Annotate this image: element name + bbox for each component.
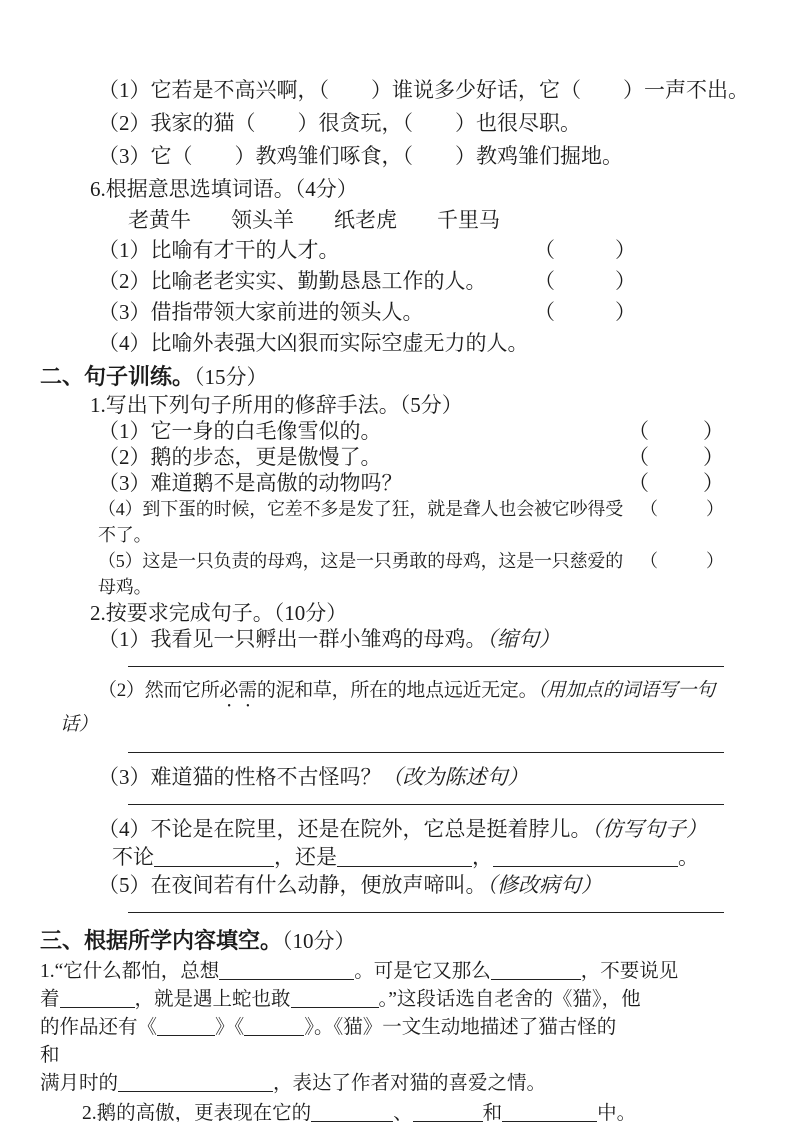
word-bank-word: 千里马: [437, 206, 500, 235]
instruction-hint: （用加点的词语写一句: [537, 680, 715, 701]
blank-underline: [118, 1073, 273, 1092]
fill-q1-line4: 和: [40, 1042, 767, 1070]
sentence-q1-text: （1）我看见一只孵出一群小雏鸡的母鸡。: [98, 627, 487, 651]
answer-bracket: （ ）: [534, 297, 642, 328]
fill-text: ，就是遇上蛇也敢: [135, 989, 291, 1010]
blank-underline: [337, 848, 472, 867]
fill-text: 和: [40, 1045, 60, 1066]
blank-underline: [154, 848, 274, 867]
fill-text: 。”这段话选自老舍的《猫》，他: [379, 989, 641, 1010]
fill-text: 2.鹅的高傲，更表现在它的: [82, 1103, 311, 1122]
q6-item-text: （2）比喻老老实实、勤勤恳恳工作的人。: [98, 269, 487, 293]
rhetoric-item-2: （2）鹅的步态，更是傲慢了。 （ ）: [98, 444, 728, 470]
fill-text: 》。《猫》一文生动地描述了猫古怪的: [304, 1017, 616, 1038]
rhetoric-item-text: （4）到下蛋的时候，它差不多是发了狂，就是聋人也会被它吵得受不了。: [98, 496, 640, 548]
answer-bracket: （ ）: [628, 444, 728, 470]
rhetoric-item-5: （5）这是一只负责的母鸡，这是一只勇敢的母鸡，这是一只慈爱的母鸡。 （ ）: [98, 548, 728, 600]
fill-q1-line2: 着，就是遇上蛇也敢。”这段话选自老舍的《猫》，他: [40, 986, 767, 1014]
blank-underline: [291, 989, 379, 1008]
q5-subitem-3: （3）它（ ）教鸡雏们啄食，（ ）教鸡雏们掘地。: [98, 140, 767, 173]
fill-text: ，不要说见: [581, 961, 679, 982]
answer-rule: [128, 898, 724, 913]
rhetoric-item-text: （2）鹅的步态，更是傲慢了。: [98, 444, 382, 470]
blank-underline: [491, 961, 581, 980]
rhetoric-item-text: （3）难道鹅不是高傲的动物吗？: [98, 470, 403, 496]
blank-underline: [244, 1017, 304, 1036]
fill-text: 着: [40, 989, 60, 1010]
blank-underline: [219, 961, 354, 980]
rhetoric-item-1: （1）它一身的白毛像雪似的。 （ ）: [98, 418, 728, 444]
sentence-q5: （5）在夜间若有什么动静，便放声啼叫。（修改病句）: [98, 872, 767, 898]
answer-bracket: （ ）: [628, 418, 728, 444]
instruction-hint: （缩句）: [487, 627, 561, 651]
q6-item-3: （3）借指带领大家前进的领头人。 （ ）: [98, 297, 767, 328]
q6-item-4: （4）比喻外表强大凶狠而实际空虚无力的人。: [98, 328, 767, 359]
blank-underline: [413, 1103, 483, 1122]
sentence-q4-fill-line: 不论，还是，。: [112, 842, 767, 872]
fill-q1-line3: 的作品还有《》《》。《猫》一文生动地描述了猫古怪的: [40, 1014, 767, 1042]
fill-text: 》《: [215, 1017, 244, 1038]
word-bank-word: 领头羊: [231, 206, 294, 235]
answer-rule: [128, 652, 724, 667]
q6-item-text: （3）借指带领大家前进的领头人。: [98, 300, 424, 324]
fill-text: ，表达了作者对猫的喜爱之情。: [273, 1073, 546, 1094]
sentence-q2-text: 的泥和草，所在的地点远近无定。: [257, 680, 538, 701]
q6-item-1: （1）比喻有才干的人才。 （ ）: [98, 235, 767, 266]
fill-q2-line: 2.鹅的高傲，更表现在它的、和中。: [82, 1098, 767, 1122]
blank-underline: [311, 1103, 393, 1122]
q6-header: 6.根据意思选填词语。（4分）: [90, 173, 767, 206]
fill-text: 、: [393, 1103, 413, 1122]
section3-title: 三、根据所学内容填空。: [40, 928, 282, 953]
rhetoric-item-text: （1）它一身的白毛像雪似的。: [98, 418, 382, 444]
sentence-q4-text: （4）不论是在院里，还是在院外，它总是挺着脖儿。: [98, 817, 592, 841]
worksheet-page: （1）它若是不高兴啊，（ ）谁说多少好话，它（ ）一声不出。 （2）我家的猫（ …: [0, 0, 793, 1122]
section2-title: 二、句子训练。: [40, 364, 194, 389]
fill-text: ，还是: [274, 845, 337, 869]
section2-heading: 二、句子训练。（15分）: [40, 362, 767, 392]
fill-text: 。可是它又那么: [354, 961, 491, 982]
fill-text: 1.“它什么都怕，总想: [40, 961, 219, 982]
fill-q1-line5: 满月时的，表达了作者对猫的喜爱之情。: [40, 1070, 767, 1098]
fill-text: 和: [483, 1103, 503, 1122]
fill-q1-line1: 1.“它什么都怕，总想。可是它又那么，不要说见: [40, 958, 767, 986]
q5-subitem-2: （2）我家的猫（ ）很贪玩，（ ）也很尽职。: [98, 107, 767, 140]
rhetoric-item-3: （3）难道鹅不是高傲的动物吗？ （ ）: [98, 470, 728, 496]
q6-item-text: （1）比喻有才干的人才。: [98, 238, 340, 262]
answer-rule: [128, 790, 724, 805]
instruction-hint: 话）: [60, 714, 97, 735]
section3-score: （10分）: [282, 929, 356, 953]
fill-text: 。: [678, 845, 699, 869]
fill-text: ，: [472, 845, 493, 869]
answer-bracket: （ ）: [628, 470, 728, 496]
sec2-ex1-header: 1.写出下列句子所用的修辞手法。（5分）: [90, 392, 767, 418]
answer-bracket: （ ）: [640, 496, 728, 548]
emphasized-word: 必需: [219, 680, 256, 701]
answer-bracket: （ ）: [534, 235, 642, 266]
sentence-q4: （4）不论是在院里，还是在院外，它总是挺着脖儿。（仿写句子）: [98, 816, 767, 842]
section3-heading: 三、根据所学内容填空。（10分）: [40, 924, 767, 958]
section2-score: （15分）: [194, 365, 268, 389]
sentence-q2-wrap: 话）: [60, 712, 767, 738]
sentence-q5-text: （5）在夜间若有什么动静，便放声啼叫。: [98, 873, 487, 897]
q5-subitem-1: （1）它若是不高兴啊，（ ）谁说多少好话，它（ ）一声不出。: [98, 74, 767, 107]
blank-underline: [60, 989, 135, 1008]
sentence-q3-text: （3）难道猫的性格不古怪吗？: [98, 765, 382, 789]
fill-text: 不论: [112, 845, 154, 869]
answer-rule: [128, 738, 724, 753]
rhetoric-item-4: （4）到下蛋的时候，它差不多是发了狂，就是聋人也会被它吵得受不了。 （ ）: [98, 496, 728, 548]
rhetoric-item-text: （5）这是一只负责的母鸡，这是一只勇敢的母鸡，这是一只慈爱的母鸡。: [98, 548, 640, 600]
fill-text: 中。: [597, 1103, 636, 1122]
sentence-q2-text: （2）然而它所: [98, 680, 219, 701]
instruction-hint: （修改病句）: [487, 873, 603, 897]
word-bank-word: 老黄牛: [128, 206, 191, 235]
blank-underline: [502, 1103, 597, 1122]
word-bank: 老黄牛 领头羊 纸老虎 千里马: [128, 206, 767, 235]
q6-item-text: （4）比喻外表强大凶狠而实际空虚无力的人。: [98, 331, 529, 355]
instruction-hint: （仿写句子）: [592, 817, 708, 841]
sentence-q3: （3）难道猫的性格不古怪吗？（改为陈述句）: [98, 764, 767, 790]
answer-bracket: （ ）: [534, 266, 642, 297]
word-bank-word: 纸老虎: [334, 206, 397, 235]
q6-item-2: （2）比喻老老实实、勤勤恳恳工作的人。 （ ）: [98, 266, 767, 297]
fill-text: 的作品还有《: [40, 1017, 157, 1038]
sec2-ex2-header: 2.按要求完成句子。（10分）: [90, 600, 767, 626]
sentence-q2: （2）然而它所必需的泥和草，所在的地点远近无定。（用加点的词语写一句: [98, 678, 767, 712]
fill-text: 满月时的: [40, 1073, 118, 1094]
blank-underline: [493, 848, 678, 867]
sentence-q1: （1）我看见一只孵出一群小雏鸡的母鸡。（缩句）: [98, 626, 767, 652]
instruction-hint: （改为陈述句）: [382, 765, 529, 789]
blank-underline: [157, 1017, 215, 1036]
answer-bracket: （ ）: [640, 548, 728, 600]
